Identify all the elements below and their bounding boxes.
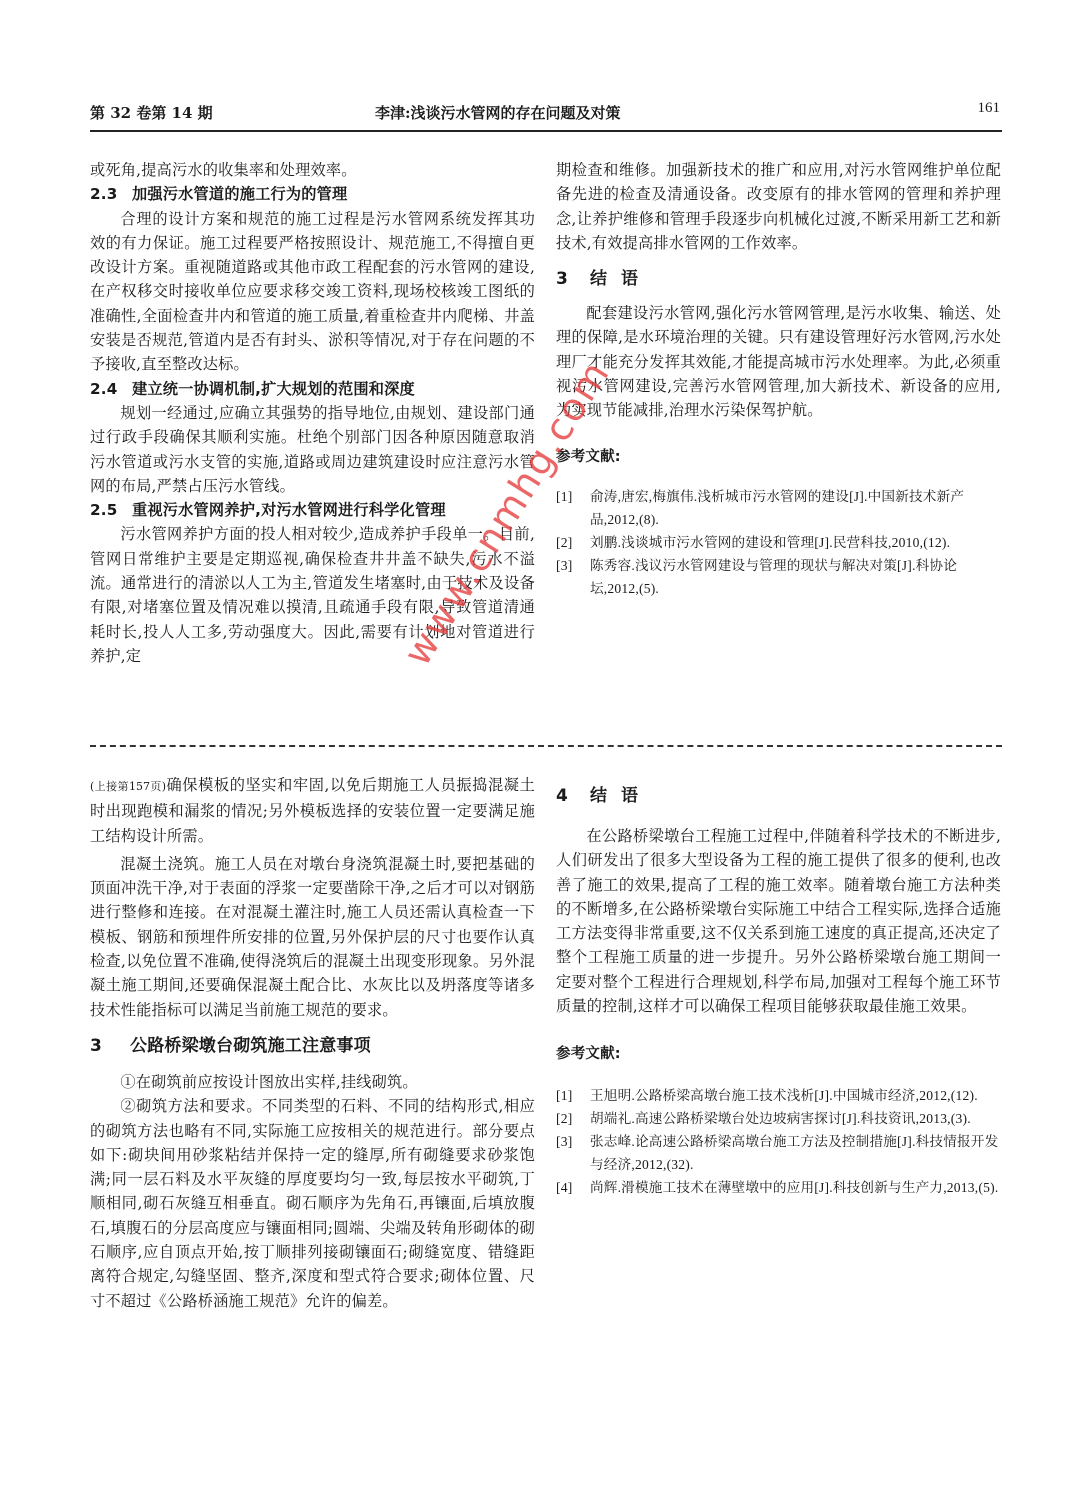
- reference-item: [2]刘鹏.浅谈城市污水管网的建设和管理[J].民营科技,2010,(12).: [556, 531, 1001, 554]
- reference-text: 王旭明.公路桥梁高墩台施工技术浅析[J].中国城市经济,2012,(12).: [590, 1088, 978, 1103]
- article2-right-column: 4结语 在公路桥梁墩台工程施工过程中,伴随着科学技术的不断进步,人们研发出了很多…: [556, 782, 1001, 1199]
- section-number: 3: [90, 1032, 130, 1060]
- paragraph: 合理的设计方案和规范的施工过程是污水管网系统发挥其功效的有力保证。施工过程要严格…: [90, 207, 535, 377]
- reference-index: [1]: [556, 1084, 572, 1107]
- paragraph: ①在砌筑前应按设计图放出实样,挂线砌筑。: [90, 1070, 535, 1094]
- paragraph: 在公路桥梁墩台工程施工过程中,伴随着科学技术的不断进步,人们研发出了很多大型设备…: [556, 824, 1001, 1018]
- reference-text: 胡端礼.高速公路桥梁墩台处边坡病害探讨[J].科技资讯,2013,(3).: [590, 1111, 971, 1126]
- section-number: 4: [556, 782, 590, 810]
- continued-from-tag: (上接第157页): [90, 780, 166, 793]
- paragraph: 或死角,提高污水的收集率和处理效率。: [90, 158, 535, 182]
- reference-index: [4]: [556, 1176, 572, 1199]
- header-rule: [90, 130, 1002, 132]
- volume-issue: 第 32 卷第 14 期: [90, 102, 213, 123]
- section-number: 3: [556, 265, 590, 293]
- section-heading-3-conclusion: 3结语: [556, 265, 1001, 293]
- section-number: 2.3: [90, 182, 132, 206]
- journal-page: 第 32 卷第 14 期 李津:浅谈污水管网的存在问题及对策 161 或死角,提…: [0, 0, 1082, 1501]
- paragraph: 期检查和维修。加强新技术的推广和应用,对污水管网维护单位配备先进的检查及清通设备…: [556, 158, 1001, 255]
- section-title: 公路桥梁墩台砌筑施工注意事项: [130, 1036, 371, 1056]
- section-heading-2-4: 2.4建立统一协调机制,扩大规划的范围和深度: [90, 377, 535, 401]
- paragraph: 混凝土浇筑。施工人员在对墩台身浇筑混凝土时,要把基础的顶面冲洗干净,对于表面的浮…: [90, 852, 535, 1022]
- paragraph: ②砌筑方法和要求。不同类型的石料、不同的结构形式,相应的砌筑方法也略有不同,实际…: [90, 1094, 535, 1313]
- section-heading-2-5: 2.5重视污水管网养护,对污水管网进行科学化管理: [90, 498, 535, 522]
- article-divider: [90, 745, 1002, 747]
- reference-item: [1]王旭明.公路桥梁高墩台施工技术浅析[J].中国城市经济,2012,(12)…: [556, 1084, 1001, 1107]
- reference-index: [3]: [556, 1130, 572, 1153]
- reference-item: [2]胡端礼.高速公路桥梁墩台处边坡病害探讨[J].科技资讯,2013,(3).: [556, 1107, 1001, 1130]
- page-number: 161: [978, 100, 1001, 117]
- reference-index: [2]: [556, 1107, 572, 1130]
- section-heading-4-conclusion: 4结语: [556, 782, 1001, 810]
- section-number: 2.5: [90, 498, 132, 522]
- reference-text: 尚辉.滑模施工技术在薄壁墩中的应用[J].科技创新与生产力,2013,(5).: [590, 1180, 998, 1195]
- reference-text: 刘鹏.浅谈城市污水管网的建设和管理[J].民营科技,2010,(12).: [590, 535, 950, 550]
- section-title: 结语: [590, 269, 652, 289]
- section-heading-2-3: 2.3加强污水管道的施工行为的管理: [90, 182, 535, 206]
- section-number: 2.4: [90, 377, 132, 401]
- paragraph: 规划一经通过,应确立其强势的指导地位,由规划、建设部门通过行政手段确保其顺利实施…: [90, 401, 535, 498]
- paragraph: 污水管网养护方面的投人相对较少,造成养护手段单一。目前,管网日常维护主要是定期巡…: [90, 522, 535, 668]
- reference-item: [4]尚辉.滑模施工技术在薄壁墩中的应用[J].科技创新与生产力,2013,(5…: [556, 1176, 1001, 1199]
- reference-index: [3]: [556, 554, 572, 577]
- references-heading: 参考文献:: [556, 445, 1001, 469]
- running-title: 李津:浅谈污水管网的存在问题及对策: [375, 102, 621, 123]
- article2-left-column: (上接第157页)确保模板的坚实和牢固,以免后期施工人员振捣混凝土时出现跑模和漏…: [90, 773, 535, 1313]
- paragraph: 配套建设污水管网,强化污水管网管理,是污水收集、输送、处理的保障,是水环境治理的…: [556, 301, 1001, 422]
- reference-text: 张志峰.论高速公路桥梁高墩台施工方法及控制措施[J].科技情报开发与经济,201…: [590, 1134, 998, 1172]
- article1-left-column: 或死角,提高污水的收集率和处理效率。 2.3加强污水管道的施工行为的管理 合理的…: [90, 158, 535, 668]
- section-title: 结语: [590, 786, 652, 806]
- references-list: [1]王旭明.公路桥梁高墩台施工技术浅析[J].中国城市经济,2012,(12)…: [556, 1084, 1001, 1199]
- reference-index: [1]: [556, 485, 572, 508]
- section-title: 加强污水管道的施工行为的管理: [132, 185, 347, 203]
- reference-text: 陈秀容.浅议污水管网建设与管理的现状与解决对策[J].科协论坛,2012,(5)…: [590, 558, 957, 596]
- reference-item: [3]陈秀容.浅议污水管网建设与管理的现状与解决对策[J].科协论坛,2012,…: [556, 554, 1001, 600]
- reference-index: [2]: [556, 531, 572, 554]
- section-title: 建立统一协调机制,扩大规划的范围和深度: [132, 380, 415, 398]
- article1-right-column: 期检查和维修。加强新技术的推广和应用,对污水管网维护单位配备先进的检查及清通设备…: [556, 158, 1001, 600]
- reference-item: [1]俞涛,唐宏,梅旗伟.浅析城市污水管网的建设[J].中国新技术新产品,201…: [556, 485, 1001, 531]
- references-list: [1]俞涛,唐宏,梅旗伟.浅析城市污水管网的建设[J].中国新技术新产品,201…: [556, 485, 1001, 600]
- running-head: 第 32 卷第 14 期 李津:浅谈污水管网的存在问题及对策 161: [90, 100, 1000, 128]
- section-heading-3-masonry: 3公路桥梁墩台砌筑施工注意事项: [90, 1032, 535, 1060]
- references-heading: 参考文献:: [556, 1042, 1001, 1066]
- reference-text: 俞涛,唐宏,梅旗伟.浅析城市污水管网的建设[J].中国新技术新产品,2012,(…: [590, 489, 964, 527]
- reference-item: [3]张志峰.论高速公路桥梁高墩台施工方法及控制措施[J].科技情报开发与经济,…: [556, 1130, 1001, 1176]
- paragraph: (上接第157页)确保模板的坚实和牢固,以免后期施工人员振捣混凝土时出现跑模和漏…: [90, 773, 535, 848]
- section-title: 重视污水管网养护,对污水管网进行科学化管理: [132, 501, 446, 519]
